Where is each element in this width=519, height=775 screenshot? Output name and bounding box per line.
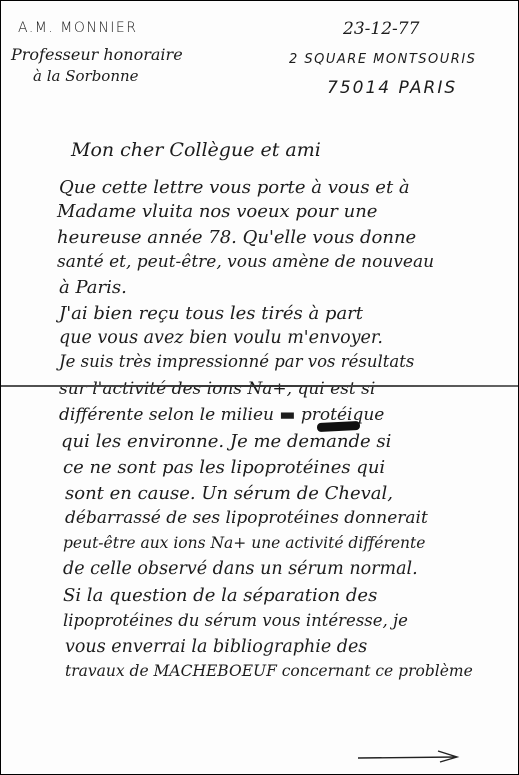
- address-street: 2 SQUARE MONTSOURIS: [289, 52, 476, 67]
- letter-line: santé et, peut-être, vous amène de nouve…: [57, 252, 434, 272]
- letter-line: de celle observé dans un sérum normal.: [63, 559, 418, 579]
- sender-name: A.M. MONNIER: [18, 20, 138, 36]
- sender-affiliation: à la Sorbonne: [33, 67, 139, 85]
- letter-line: sur l'activité des ions Na+, qui est si: [59, 379, 375, 399]
- letter-date: 23-12-77: [343, 19, 419, 39]
- letter-line: Si la question de la séparation des: [63, 585, 377, 606]
- letter-line: J'ai bien reçu tous les tirés à part: [59, 303, 363, 324]
- letter-line: qui les environne. Je me demande si: [61, 431, 391, 452]
- fold-line: [1, 385, 518, 387]
- letter-line: sont en cause. Un sérum de Cheval,: [65, 483, 393, 504]
- letter-page: A.M. MONNIER Professeur honoraire à la S…: [0, 0, 519, 775]
- letter-line: travaux de MACHEBOEUF concernant ce prob…: [65, 662, 473, 680]
- sender-title: Professeur honoraire: [11, 45, 183, 64]
- address-city: 75014 PARIS: [327, 78, 457, 98]
- letter-line: lipoprotéines du sérum vous intéresse, j…: [63, 611, 408, 630]
- letter-line: vous enverrai la bibliographie des: [65, 637, 367, 657]
- letter-line: heureuse année 78. Qu'elle vous donne: [57, 227, 416, 248]
- letter-line: Je suis très impressionné par vos résult…: [59, 352, 414, 371]
- salutation: Mon cher Collègue et ami: [71, 139, 321, 161]
- letter-line: à Paris.: [59, 277, 127, 298]
- letter-line: Que cette lettre vous porte à vous et à: [59, 177, 410, 198]
- letter-line: peut-être aux ions Na+ une activité diff…: [63, 534, 425, 552]
- arrow-right-icon: [356, 749, 461, 763]
- letter-line: Madame vluita nos voeux pour une: [57, 201, 377, 222]
- letter-line: débarrassé de ses lipoprotéines donnerai…: [65, 508, 428, 528]
- letter-line: que vous avez bien voulu m'envoyer.: [59, 328, 383, 348]
- letter-line: ce ne sont pas les lipoprotéines qui: [63, 457, 385, 478]
